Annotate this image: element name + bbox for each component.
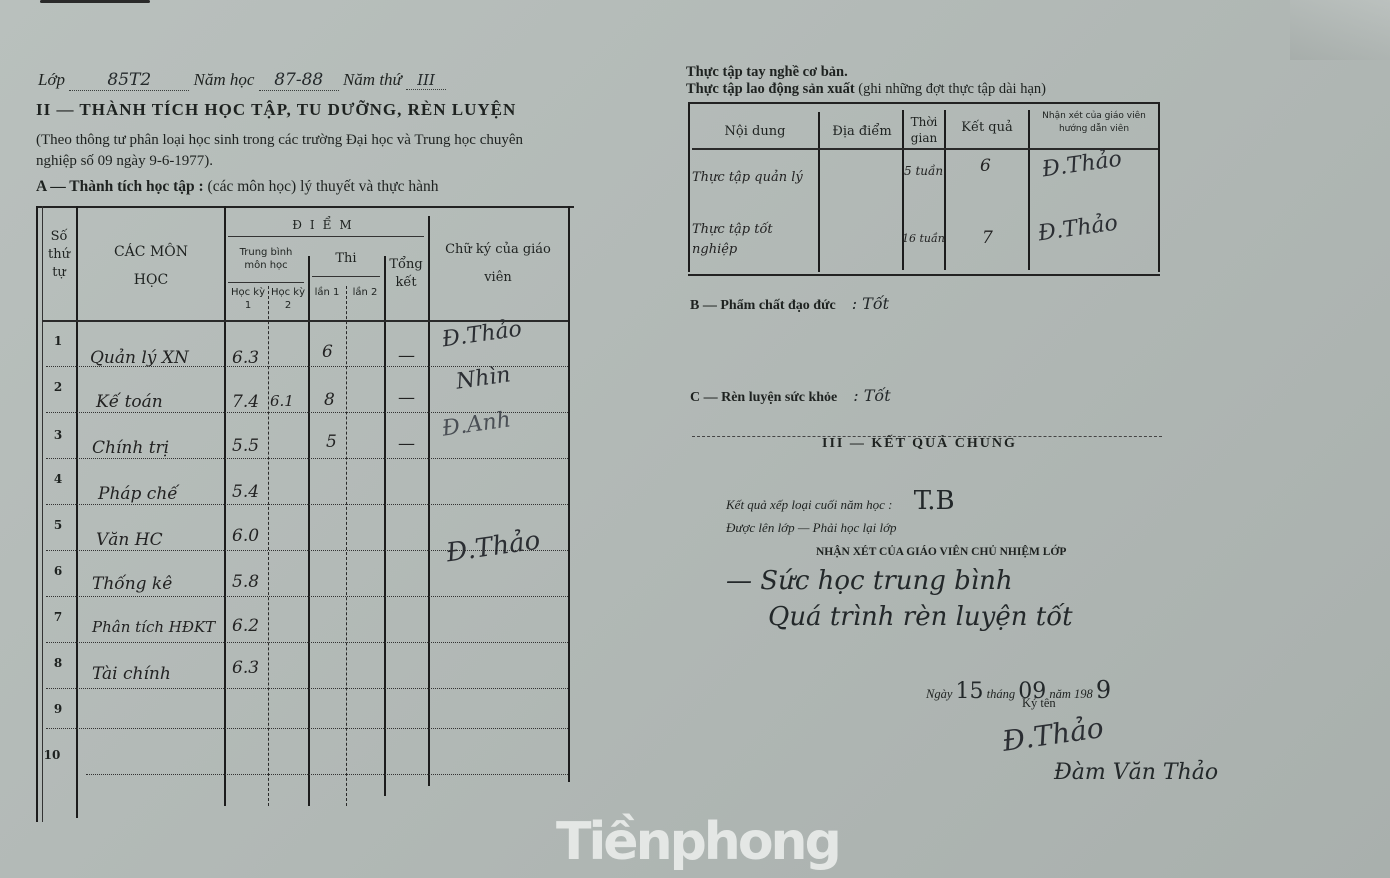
sign-label: Ký tên	[1022, 696, 1056, 711]
row-number: 6	[48, 564, 68, 578]
th-subjects: CÁC MÔN HỌC	[96, 238, 206, 294]
th-attempt1: lần 1	[308, 286, 346, 299]
subject-name: Chính trị	[92, 438, 169, 458]
sem1-score: 5.8	[232, 572, 259, 592]
sem1-score: 5.5	[232, 436, 259, 456]
th-scores: ĐIỂM	[228, 216, 424, 234]
school-year-label: Năm học	[194, 70, 255, 89]
th-avg: Trung bình môn học	[228, 246, 304, 272]
section-c-value: : Tốt	[853, 386, 890, 405]
date-month-label: tháng	[987, 687, 1015, 701]
th-no: Số thứ tự	[42, 228, 76, 282]
th-result: Kết quả	[946, 120, 1028, 136]
total-score: —	[398, 434, 415, 454]
production-practice-bold: Thực tập lao động sản xuất	[686, 81, 855, 97]
section-a-rest: (các môn học) lý thuyết và thực hành	[208, 178, 439, 195]
homeroom-signature: Đ.Thảo	[1000, 711, 1105, 758]
row-number: 1	[48, 334, 68, 348]
th-total: Tổng kết	[384, 256, 428, 292]
sem1-score: 7.4	[232, 392, 259, 412]
ranking-label: Kết quả xếp loại cuối năm học :	[726, 497, 892, 512]
th-attempt2: lần 2	[346, 286, 384, 299]
th-teacher-signature: Chữ ký của giáo viên	[436, 236, 560, 292]
subject-name: Phân tích HĐKT	[92, 618, 215, 636]
date-line: Ngày 15 tháng 09 năm 198 9	[926, 676, 1111, 704]
section-ii-note: (Theo thông tư phân loại học sinh trong …	[36, 130, 566, 172]
row-number: 10	[42, 748, 62, 762]
practice-duration: 16 tuần	[902, 232, 945, 245]
instructor-signature: Đ.Thảo	[1041, 147, 1124, 183]
date-day: 15	[956, 679, 984, 704]
subject-name: Quản lý XN	[90, 348, 189, 368]
practice-content: Thực tập tốt nghiệp	[692, 220, 816, 260]
class-label: Lớp	[38, 70, 65, 89]
total-score: —	[398, 388, 415, 408]
row-number: 8	[48, 656, 68, 670]
section-c-label: C — Rèn luyện sức khỏe	[690, 390, 837, 405]
practice-table: Nội dung Địa điểm Thời gian Kết quả Nhận…	[688, 102, 1160, 276]
practice-duration: 5 tuần	[904, 164, 943, 178]
th-sem1: Học kỳ 1	[228, 286, 268, 312]
homeroom-comment-line1: — Sức học trung bình	[726, 566, 1013, 596]
year-value: III	[406, 71, 446, 90]
row-number: 5	[48, 518, 68, 532]
exam1-score: 6	[322, 342, 333, 362]
production-practice-title: Thực tập lao động sản xuất (ghi những đợ…	[686, 81, 1046, 98]
subject-name: Tài chính	[92, 664, 171, 684]
th-comment: Nhận xét của giáo viên hướng dẫn viên	[1030, 110, 1158, 136]
th-duration: Thời gian	[904, 114, 944, 146]
row-number: 3	[48, 428, 68, 442]
th-exam: Thi	[312, 250, 380, 268]
ranking-line: Kết quả xếp loại cuối năm học : T.B	[726, 486, 955, 516]
class-value: 85T2	[69, 70, 189, 91]
row-number: 9	[48, 702, 68, 716]
date-year-digit: 9	[1096, 676, 1111, 704]
sem1-score: 6.3	[232, 658, 259, 678]
th-location: Địa điểm	[822, 124, 902, 140]
row-number: 4	[48, 472, 68, 486]
row-number: 7	[48, 610, 68, 624]
grades-table: Số thứ tự CÁC MÔN HỌC ĐIỂM Trung bình mô…	[36, 206, 574, 826]
paper-fold	[1290, 0, 1390, 60]
section-b-label: B — Phẩm chất đạo đức	[690, 298, 836, 313]
practice-content: Thực tập quản lý	[692, 170, 803, 185]
sem2-score: 6.1	[270, 392, 294, 410]
section-c: C — Rèn luyện sức khỏe : Tốt	[690, 386, 891, 406]
ranking-value: T.B	[914, 486, 955, 516]
practice-result: 6	[980, 156, 991, 176]
sem1-score: 5.4	[232, 482, 259, 502]
instructor-signature: Đ.Thảo	[1037, 211, 1120, 247]
section-a-heading: A — Thành tích học tập : (các môn học) l…	[36, 178, 438, 196]
basic-practice-title: Thực tập tay nghề cơ bản.	[686, 64, 848, 81]
year-label: Năm thứ	[343, 70, 402, 89]
promotion-text: Được lên lớp — Phải học lại lớp	[726, 520, 897, 536]
class-year-line: Lớp 85T2 Năm học 87-88 Năm thứ III	[38, 70, 446, 91]
th-sem2: Học kỳ 2	[268, 286, 308, 312]
subject-name: Thống kê	[92, 574, 172, 594]
homeroom-comment-line2: Quá trình rèn luyện tốt	[768, 602, 1073, 632]
section-b: B — Phẩm chất đạo đức : Tốt	[690, 294, 889, 314]
exam1-score: 8	[324, 390, 335, 410]
subject-name: Pháp chế	[98, 484, 178, 504]
practice-result: 7	[982, 228, 993, 248]
school-year-value: 87-88	[259, 70, 339, 91]
exam1-score: 5	[326, 432, 337, 452]
section-b-value: : Tốt	[852, 294, 889, 313]
subject-name: Kế toán	[96, 392, 163, 412]
section-ii-title: II — THÀNH TÍCH HỌC TẬP, TU DƯỠNG, RÈN L…	[36, 100, 516, 120]
date-day-label: Ngày	[926, 687, 952, 701]
signer-name: Đàm Văn Thảo	[1054, 760, 1218, 785]
subject-name: Văn HC	[96, 530, 163, 550]
sem1-score: 6.0	[232, 526, 259, 546]
homeroom-comment-title: NHẬN XÉT CỦA GIÁO VIÊN CHỦ NHIỆM LỚP	[816, 546, 1066, 558]
th-content: Nội dung	[692, 124, 818, 140]
row-number: 2	[48, 380, 68, 394]
sem1-score: 6.3	[232, 348, 259, 368]
section-a-bold: A — Thành tích học tập :	[36, 178, 204, 195]
sem1-score: 6.2	[232, 616, 259, 636]
section-iii-title: III — KẾT QUẢ CHUNG	[822, 436, 1017, 452]
production-practice-note: (ghi những đợt thực tập dài hạn)	[858, 81, 1046, 97]
tienphong-watermark-logo: Tiềnphong	[556, 812, 839, 872]
paper-edge	[40, 0, 150, 3]
total-score: —	[398, 346, 415, 366]
